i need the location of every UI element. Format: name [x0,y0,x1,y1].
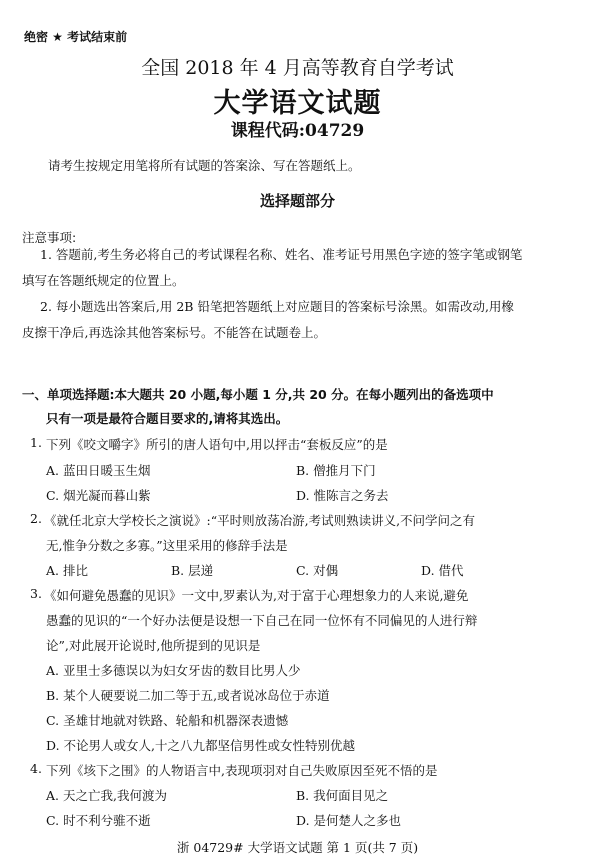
section-heading: 选择题部分 [0,190,595,211]
note-1-line-1: 1. 答题前,考生务必将自己的考试课程名称、姓名、准考证号用黑色字迹的签字笔或钢… [40,242,522,268]
option-text: 僧推月下门 [313,463,376,478]
option-label: D. [421,563,435,578]
option-text: 某个人硬要说二加二等于五,或者说冰岛位于赤道 [63,688,329,703]
option-label: D. [46,738,60,753]
question-3-stem-line-1: 《如何避免愚蠢的见识》一文中,罗素认为,对于富于心理想象力的人来说,避免 [44,586,468,604]
option-label: C. [296,563,309,578]
option-label: A. [46,563,59,578]
option-text: 借代 [439,563,464,578]
option-text: 蓝田日暖玉生烟 [63,463,151,478]
option-text: 对偶 [313,563,338,578]
option-text: 层递 [188,563,213,578]
question-3-stem-line-2: 愚蠢的见识的“一个好办法便是设想一下自己在同一位怀有不同偏见的人进行辩 [46,611,477,629]
option-text: 惟陈言之务去 [314,488,389,503]
question-4-stem: 下列《垓下之围》的人物语言中,表现项羽对自己失败原因至死不悟的是 [46,761,437,779]
option-label: B. [296,463,309,478]
option-text: 我何面目见之 [313,788,388,803]
option-label: C. [46,488,59,503]
question-1-option-d[interactable]: D. 惟陈言之务去 [296,486,389,504]
exam-title: 全国 2018 年 4 月高等教育自学考试 [0,53,595,80]
part-one-heading-line-1: 一、单项选择题:本大题共 20 小题,每小题 1 分,共 20 分。在每小题列出… [22,385,494,403]
option-text: 圣雄甘地就对铁路、轮船和机器深表遗憾 [63,713,288,728]
question-1-option-c[interactable]: C. 烟光凝而暮山紫 [46,486,151,504]
question-2-stem-line-2: 无,惟争分数之多寡。”这里采用的修辞手法是 [46,536,288,554]
question-3-option-b[interactable]: B. 某个人硬要说二加二等于五,或者说冰岛位于赤道 [46,686,330,704]
question-3-option-c[interactable]: C. 圣雄甘地就对铁路、轮船和机器深表遗憾 [46,711,288,729]
question-2-option-c[interactable]: C. 对偶 [296,561,338,579]
option-label: B. [171,563,184,578]
question-2-option-a[interactable]: A. 排比 [46,561,88,579]
page-footer: 浙 04729# 大学语文试题 第 1 页(共 7 页) [0,838,595,856]
option-label: C. [46,713,59,728]
option-label: A. [46,463,59,478]
option-text: 排比 [63,563,88,578]
option-label: C. [46,813,59,828]
answer-instruction: 请考生按规定用笔将所有试题的答案涂、写在答题纸上。 [48,156,361,174]
note-1-line-2: 填写在答题纸规定的位置上。 [22,268,185,294]
option-label: A. [46,788,59,803]
confidential-label: 绝密 ★ 考试结束前 [24,28,127,45]
question-2-stem-line-1: 《就任北京大学校长之演说》:“平时则放荡冶游,考试则熟读讲义,不问学问之有 [44,511,475,529]
question-4-number: 4. [30,761,42,776]
question-3-stem-line-3: 论”,对此展开论说时,他所提到的见识是 [46,636,260,654]
course-code: 课程代码:04729 [0,116,595,141]
option-label: B. [46,688,59,703]
question-4-option-b[interactable]: B. 我何面目见之 [296,786,388,804]
question-3-option-d[interactable]: D. 不论男人或女人,十之八九都坚信男性或女性特别优越 [46,736,355,754]
question-2-number: 2. [30,511,42,526]
option-label: D. [296,813,310,828]
question-2-option-d[interactable]: D. 借代 [421,561,464,579]
question-4-option-d[interactable]: D. 是何楚人之多也 [296,811,401,829]
question-2-option-b[interactable]: B. 层递 [171,561,213,579]
question-1-option-b[interactable]: B. 僧推月下门 [296,461,376,479]
question-3-number: 3. [30,586,42,601]
subject-title: 大学语文试题 [0,81,595,120]
part-one-heading-line-2: 只有一项是最符合题目要求的,请将其选出。 [46,409,288,427]
option-text: 亚里士多德误以为妇女牙齿的数目比男人少 [63,663,301,678]
option-text: 是何楚人之多也 [314,813,402,828]
note-2-line-2: 皮擦干净后,再选涂其他答案标号。不能答在试题卷上。 [22,320,326,346]
option-text: 天之亡我,我何渡为 [63,788,167,803]
question-4-option-a[interactable]: A. 天之亡我,我何渡为 [46,786,167,804]
option-label: A. [46,663,59,678]
question-3-option-a[interactable]: A. 亚里士多德误以为妇女牙齿的数目比男人少 [46,661,301,679]
option-text: 不论男人或女人,十之八九都坚信男性或女性特别优越 [64,738,355,753]
option-text: 烟光凝而暮山紫 [63,488,151,503]
option-label: B. [296,788,309,803]
question-1-number: 1. [30,435,42,450]
option-label: D. [296,488,310,503]
question-1-stem: 下列《咬文嚼字》所引的唐人语句中,用以抨击“套板反应”的是 [46,435,388,453]
note-2-line-1: 2. 每小题选出答案后,用 2B 铅笔把答题纸上对应题目的答案标号涂黑。如需改动… [40,294,514,320]
option-text: 时不利兮骓不逝 [63,813,151,828]
question-4-option-c[interactable]: C. 时不利兮骓不逝 [46,811,151,829]
question-1-option-a[interactable]: A. 蓝田日暖玉生烟 [46,461,151,479]
